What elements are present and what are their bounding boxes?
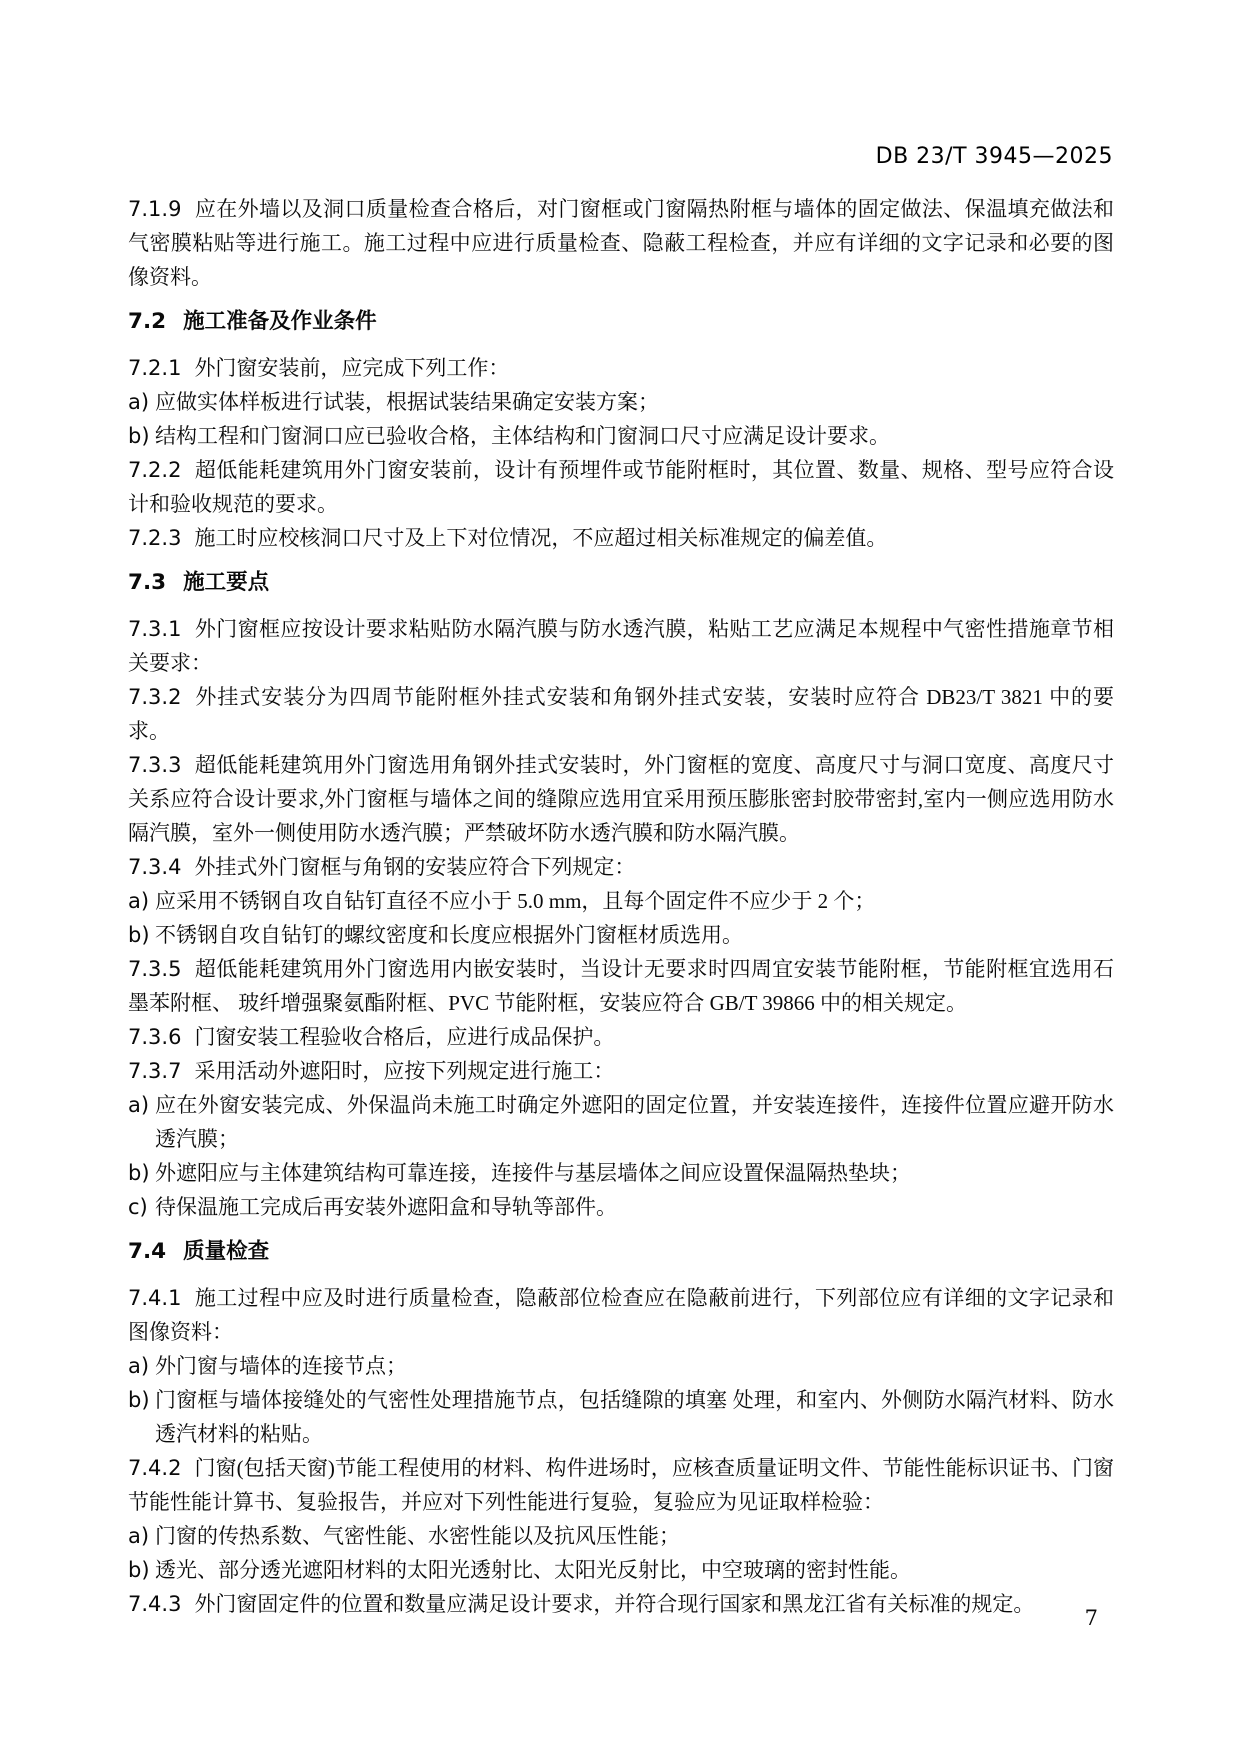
item-label: b)	[128, 1383, 155, 1451]
item-label: a)	[128, 1519, 155, 1553]
clause-text: 外挂式安装分为四周节能附框外挂式安装和角钢外挂式安装，安装时应符合 DB23/T…	[128, 685, 1114, 743]
list-item-a: a)应采用不锈钢自攻自钻钉直径不应小于 5.0 mm，且每个固定件不应少于 2 …	[128, 884, 1114, 918]
item-label: b)	[128, 1553, 155, 1587]
clause-text: 超低能耗建筑用外门窗选用内嵌安装时，当设计无要求时四周宜安装节能附框，节能附框宜…	[128, 957, 1114, 1015]
clause-number: 7.3.3	[128, 753, 181, 777]
clause-number: 7.3.4	[128, 855, 181, 879]
item-label: a)	[128, 1349, 155, 1383]
clause-7-4-1: 7.4.1施工过程中应及时进行质量检查，隐蔽部位检查应在隐蔽前进行，下列部位应有…	[128, 1281, 1114, 1349]
list-item-b: b)不锈钢自攻自钻钉的螺纹密度和长度应根据外门窗框材质选用。	[128, 918, 1114, 952]
list-item-c: c)待保温施工完成后再安装外遮阳盒和导轨等部件。	[128, 1190, 1114, 1224]
clause-text: 门窗(包括天窗)节能工程使用的材料、构件进场时，应核查质量证明文件、节能性能标识…	[128, 1456, 1114, 1514]
list-item-a: a)外门窗与墙体的连接节点；	[128, 1349, 1114, 1383]
list-item-b: b)门窗框与墙体接缝处的气密性处理措施节点，包括缝隙的填塞 处理，和室内、外侧防…	[128, 1383, 1114, 1451]
item-text: 应做实体样板进行试装，根据试装结果确定安装方案；	[155, 385, 1114, 419]
clause-text: 外门窗框应按设计要求粘贴防水隔汽膜与防水透汽膜，粘贴工艺应满足本规程中气密性措施…	[128, 617, 1114, 675]
item-text: 门窗框与墙体接缝处的气密性处理措施节点，包括缝隙的填塞 处理，和室内、外侧防水隔…	[155, 1383, 1114, 1451]
document-body: 7.1.9应在外墙以及洞口质量检查合格后，对门窗框或门窗隔热附框与墙体的固定做法…	[128, 192, 1114, 1621]
clause-7-3-2: 7.3.2外挂式安装分为四周节能附框外挂式安装和角钢外挂式安装，安装时应符合 D…	[128, 680, 1114, 748]
clause-number: 7.1.9	[128, 197, 181, 221]
item-label: b)	[128, 419, 155, 453]
clause-text: 施工过程中应及时进行质量检查，隐蔽部位检查应在隐蔽前进行，下列部位应有详细的文字…	[128, 1286, 1114, 1344]
list-item-b: b)透光、部分透光遮阳材料的太阳光透射比、太阳光反射比，中空玻璃的密封性能。	[128, 1553, 1114, 1587]
list-item-b: b)外遮阳应与主体建筑结构可靠连接，连接件与基层墙体之间应设置保温隔热垫块；	[128, 1156, 1114, 1190]
list-item-b: b)结构工程和门窗洞口应已验收合格，主体结构和门窗洞口尺寸应满足设计要求。	[128, 419, 1114, 453]
clause-7-3-6: 7.3.6门窗安装工程验收合格后，应进行成品保护。	[128, 1020, 1114, 1054]
section-number: 7.4	[128, 1239, 166, 1264]
clause-number: 7.2.2	[128, 458, 181, 482]
clause-number: 7.3.5	[128, 957, 181, 981]
item-label: b)	[128, 918, 155, 952]
section-title: 施工准备及作业条件	[183, 309, 377, 334]
clause-7-4-2: 7.4.2门窗(包括天窗)节能工程使用的材料、构件进场时，应核查质量证明文件、节…	[128, 1451, 1114, 1519]
item-label: a)	[128, 884, 155, 918]
clause-number: 7.3.1	[128, 617, 181, 641]
item-label: b)	[128, 1156, 155, 1190]
clause-7-3-4: 7.3.4外挂式外门窗框与角钢的安装应符合下列规定：	[128, 850, 1114, 884]
clause-number: 7.4.2	[128, 1456, 181, 1480]
section-title: 质量检查	[183, 1239, 269, 1264]
clause-text: 采用活动外遮阳时，应按下列规定进行施工：	[194, 1059, 614, 1083]
list-item-a: a)门窗的传热系数、气密性能、水密性能以及抗风压性能；	[128, 1519, 1114, 1553]
clause-7-2-2: 7.2.2超低能耗建筑用外门窗安装前，设计有预埋件或节能附框时，其位置、数量、规…	[128, 453, 1114, 521]
list-item-a: a)应在外窗安装完成、外保温尚未施工时确定外遮阳的固定位置，并安装连接件，连接件…	[128, 1088, 1114, 1156]
clause-number: 7.3.6	[128, 1025, 181, 1049]
page-number: 7	[128, 1606, 1114, 1630]
section-title: 施工要点	[183, 570, 269, 595]
clause-text: 施工时应校核洞口尺寸及上下对位情况，不应超过相关标准规定的偏差值。	[194, 526, 887, 550]
document-page: DB 23/T 3945—2025 7.1.9应在外墙以及洞口质量检查合格后，对…	[0, 0, 1241, 1754]
section-heading-7-4: 7.4质量检查	[128, 1235, 1114, 1269]
clause-7-1-9: 7.1.9应在外墙以及洞口质量检查合格后，对门窗框或门窗隔热附框与墙体的固定做法…	[128, 192, 1114, 294]
clause-text: 外挂式外门窗框与角钢的安装应符合下列规定：	[194, 855, 635, 879]
clause-text: 应在外墙以及洞口质量检查合格后，对门窗框或门窗隔热附框与墙体的固定做法、保温填充…	[128, 197, 1114, 289]
item-text: 外门窗与墙体的连接节点；	[155, 1349, 1114, 1383]
section-heading-7-3: 7.3施工要点	[128, 566, 1114, 600]
clause-7-3-5: 7.3.5超低能耗建筑用外门窗选用内嵌安装时，当设计无要求时四周宜安装节能附框，…	[128, 952, 1114, 1020]
list-item-a: a)应做实体样板进行试装，根据试装结果确定安装方案；	[128, 385, 1114, 419]
item-text: 应在外窗安装完成、外保温尚未施工时确定外遮阳的固定位置，并安装连接件，连接件位置…	[155, 1088, 1114, 1156]
item-label: c)	[128, 1190, 155, 1224]
item-text: 待保温施工完成后再安装外遮阳盒和导轨等部件。	[155, 1190, 1114, 1224]
item-text: 不锈钢自攻自钻钉的螺纹密度和长度应根据外门窗框材质选用。	[155, 918, 1114, 952]
clause-7-3-3: 7.3.3超低能耗建筑用外门窗选用角钢外挂式安装时，外门窗框的宽度、高度尺寸与洞…	[128, 748, 1114, 850]
item-text: 透光、部分透光遮阳材料的太阳光透射比、太阳光反射比，中空玻璃的密封性能。	[155, 1553, 1114, 1587]
section-number: 7.3	[128, 570, 166, 595]
section-number: 7.2	[128, 309, 166, 334]
clause-text: 超低能耗建筑用外门窗安装前，设计有预埋件或节能附框时，其位置、数量、规格、型号应…	[128, 458, 1114, 516]
clause-text: 外门窗安装前，应完成下列工作：	[194, 356, 509, 380]
item-text: 应采用不锈钢自攻自钻钉直径不应小于 5.0 mm，且每个固定件不应少于 2 个；	[155, 884, 1114, 918]
clause-number: 7.2.3	[128, 526, 181, 550]
clause-7-2-1: 7.2.1外门窗安装前，应完成下列工作：	[128, 351, 1114, 385]
item-text: 结构工程和门窗洞口应已验收合格，主体结构和门窗洞口尺寸应满足设计要求。	[155, 419, 1114, 453]
clause-number: 7.4.1	[128, 1286, 181, 1310]
clause-text: 门窗安装工程验收合格后，应进行成品保护。	[194, 1025, 614, 1049]
document-number-header: DB 23/T 3945—2025	[0, 144, 1113, 169]
clause-number: 7.3.7	[128, 1059, 181, 1083]
clause-number: 7.2.1	[128, 356, 181, 380]
clause-7-3-1: 7.3.1外门窗框应按设计要求粘贴防水隔汽膜与防水透汽膜，粘贴工艺应满足本规程中…	[128, 612, 1114, 680]
clause-number: 7.3.2	[128, 685, 181, 709]
clause-text: 超低能耗建筑用外门窗选用角钢外挂式安装时，外门窗框的宽度、高度尺寸与洞口宽度、高…	[128, 753, 1114, 845]
item-text: 外遮阳应与主体建筑结构可靠连接，连接件与基层墙体之间应设置保温隔热垫块；	[155, 1156, 1114, 1190]
item-label: a)	[128, 385, 155, 419]
clause-7-3-7: 7.3.7采用活动外遮阳时，应按下列规定进行施工：	[128, 1054, 1114, 1088]
clause-7-2-3: 7.2.3施工时应校核洞口尺寸及上下对位情况，不应超过相关标准规定的偏差值。	[128, 521, 1114, 555]
section-heading-7-2: 7.2施工准备及作业条件	[128, 305, 1114, 339]
item-label: a)	[128, 1088, 155, 1156]
item-text: 门窗的传热系数、气密性能、水密性能以及抗风压性能；	[155, 1519, 1114, 1553]
